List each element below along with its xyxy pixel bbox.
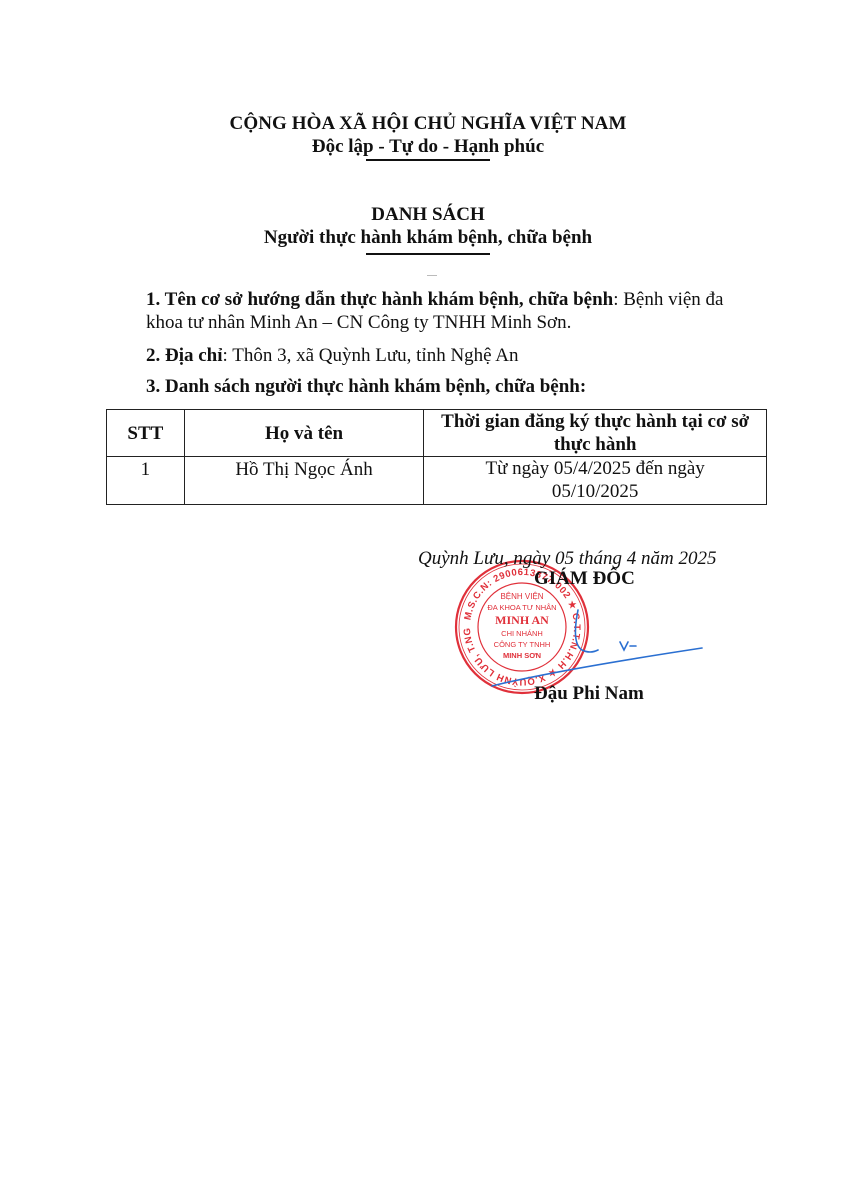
cell-name: Hồ Thị Ngọc Ánh [184, 457, 424, 505]
table-header-row: STT Họ và tên Thời gian đăng ký thực hàn… [107, 410, 767, 457]
nation-heading: CỘNG HÒA XÃ HỘI CHỦ NGHĨA VIỆT NAM [0, 113, 856, 135]
section-1-value: : Bệnh viện đa [613, 289, 723, 310]
signer-name: Đậu Phi Nam [534, 683, 644, 705]
signer-role: GIÁM ĐỐC [534, 568, 635, 590]
scan-mark [427, 275, 437, 276]
section-1-label: 1. Tên cơ sở hướng dẫn thực hành khám bệ… [146, 289, 613, 310]
header-name: Họ và tên [184, 410, 424, 457]
section-2-label: 2. Địa chỉ [146, 345, 223, 366]
cell-stt: 1 [107, 457, 185, 505]
table-row: 1 Hồ Thị Ngọc Ánh Từ ngày 05/4/2025 đến … [107, 457, 767, 505]
section-3: 3. Danh sách người thực hành khám bệnh, … [146, 375, 776, 399]
place-date: Quỳnh Lưu, ngày 05 tháng 4 năm 2025 [418, 548, 717, 570]
motto-heading: Độc lập - Tự do - Hạnh phúc [0, 136, 856, 158]
section-2: 2. Địa chỉ: Thôn 3, xã Quỳnh Lưu, tỉnh N… [146, 344, 776, 368]
document-subtitle: Người thực hành khám bệnh, chữa bệnh [0, 227, 856, 249]
practitioner-table: STT Họ và tên Thời gian đăng ký thực hàn… [106, 409, 767, 505]
subtitle-underline [366, 253, 490, 255]
motto-underline [366, 159, 490, 161]
cell-period: Từ ngày 05/4/2025 đến ngày 05/10/2025 [424, 457, 767, 505]
section-2-value: : Thôn 3, xã Quỳnh Lưu, tỉnh Nghệ An [223, 345, 519, 366]
header-period: Thời gian đăng ký thực hành tại cơ sở th… [424, 410, 767, 457]
section-1-continuation: khoa tư nhân Minh An – CN Công ty TNHH M… [146, 312, 571, 334]
section-1: 1. Tên cơ sở hướng dẫn thực hành khám bệ… [146, 288, 776, 312]
header-stt: STT [107, 410, 185, 457]
document-title: DANH SÁCH [0, 204, 856, 226]
